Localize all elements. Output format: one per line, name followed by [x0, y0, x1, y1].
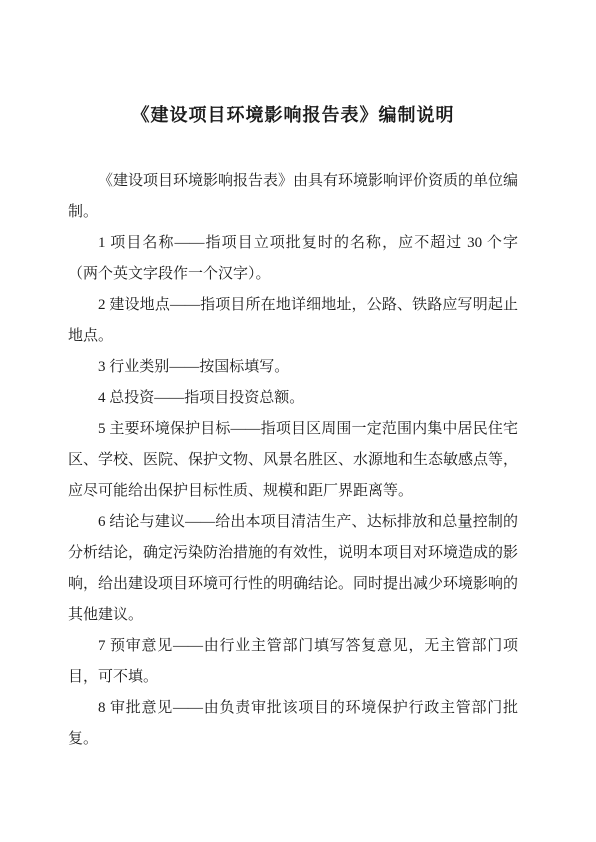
paragraph-item-8-approval-opinion: 8 审批意见——由负责审批该项目的环境保护行政主管部门批复。 [68, 693, 518, 755]
paragraph-item-5-protection-targets: 5 主要环境保护目标——指项目区周围一定范围内集中居民住宅区、学校、医院、保护文… [68, 414, 518, 507]
paragraph-item-2-location: 2 建设地点——指项目所在地详细地址，公路、铁路应写明起止地点。 [68, 290, 518, 352]
paragraph-item-1-project-name: 1 项目名称——指项目立项批复时的名称，应不超过 30 个字（两个英文字段作一个… [68, 228, 518, 290]
paragraph-item-4-investment: 4 总投资——指项目投资总额。 [68, 383, 518, 414]
paragraph-item-6-conclusions: 6 结论与建议——给出本项目清洁生产、达标排放和总量控制的分析结论，确定污染防治… [68, 507, 518, 631]
document-content: 《建设项目环境影响报告表》编制说明 《建设项目环境影响报告表》由具有环境影响评价… [68, 100, 518, 755]
document-title: 《建设项目环境影响报告表》编制说明 [68, 100, 518, 131]
document-page: 《建设项目环境影响报告表》编制说明 《建设项目环境影响报告表》由具有环境影响评价… [0, 0, 596, 842]
paragraph-intro: 《建设项目环境影响报告表》由具有环境影响评价资质的单位编制。 [68, 166, 518, 228]
paragraph-item-7-preview-opinion: 7 预审意见——由行业主管部门填写答复意见，无主管部门项目，可不填。 [68, 631, 518, 693]
paragraph-item-3-industry: 3 行业类别——按国标填写。 [68, 352, 518, 383]
